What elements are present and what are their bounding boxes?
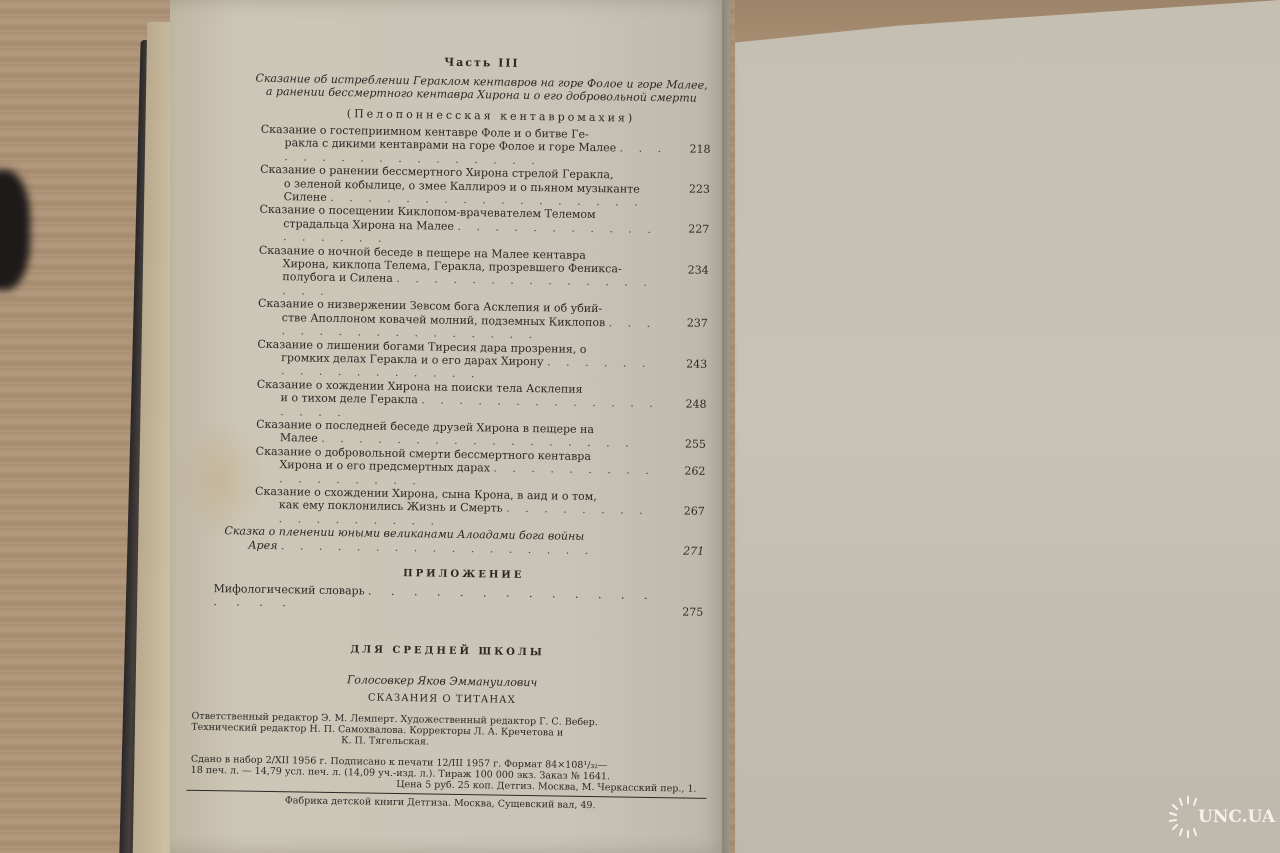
toc-page-number: 223: [689, 183, 710, 197]
part-subtitle: Сказание об истреблении Гераклом кентавр…: [251, 72, 711, 105]
toc-page-number: 267: [684, 504, 705, 518]
toc-page-number: 271: [683, 545, 704, 559]
book-gutter: [722, 0, 738, 853]
toc-page-number: 218: [689, 143, 710, 157]
book-title: СКАЗАНИЯ О ТИТАНАХ: [182, 690, 702, 709]
section-title: (Пелопоннесская кентавромахия): [271, 106, 711, 126]
printing-details: Сдано в набор 2/XII 1956 г. Подписано к …: [190, 754, 700, 795]
audience-label: ДЛЯ СРЕДНЕЙ ШКОЛЫ: [193, 642, 703, 661]
toc-entry: Сказание о схождении Хирона, сына Крона,…: [255, 485, 706, 532]
toc-page-number: 237: [687, 317, 708, 331]
appendix-entry: Мифологический словарь . . . . . . . . .…: [213, 582, 703, 616]
watermark: UNC.UA: [1168, 795, 1275, 839]
toc-entry: Сказание о хождении Хирона на поиски тел…: [256, 377, 707, 424]
toc-entry: Сказание о ранении бессмертного Хирона с…: [260, 163, 711, 210]
toc-page-number: 262: [684, 464, 705, 478]
toc-entry: Сказание о лишении богами Тиресия дара п…: [257, 337, 708, 384]
toc-entry-continuation: Малее: [280, 431, 318, 445]
toc-page-number: 248: [685, 397, 706, 411]
toc-entry: Сказание о посещении Киклопом-врачевател…: [259, 203, 710, 250]
toc-page-number: 243: [686, 357, 707, 371]
open-book: Часть III Сказание об истреблении Геракл…: [0, 0, 1280, 853]
toc-entry: Сказание о гостеприимном кентавре Фоле и…: [260, 123, 711, 170]
appendix-page-number: 275: [682, 605, 703, 618]
toc-entry: Сказание о добровольной смерти бессмертн…: [255, 444, 706, 491]
appendix-title: ПРИЛОЖЕНИЕ: [224, 565, 704, 584]
page-text: Часть III Сказание об истреблении Геракл…: [200, 52, 712, 813]
author-name: Голосовкер Яков Эммануилович: [182, 671, 702, 692]
toc-entry: Сказание о низвержении Зевсом бога Аскле…: [258, 297, 709, 344]
editorial-credits: Ответственный редактор Э. М. Лемперт. Ху…: [191, 711, 701, 752]
toc-entry: Сказание о ночной беседе в пещере на Мал…: [258, 243, 709, 304]
toc-page-number: 234: [688, 263, 709, 277]
toc-page-number: 227: [688, 223, 709, 237]
sunburst-icon: [1168, 795, 1208, 839]
watermark-text: UNC.UA: [1198, 807, 1275, 827]
toc-page-number: 255: [685, 437, 706, 451]
table-of-contents: Сказание о гостеприимном кентавре Фоле и…: [204, 122, 711, 559]
toc-entry-continuation: Арея: [248, 538, 277, 551]
right-page-blank: [735, 0, 1280, 853]
